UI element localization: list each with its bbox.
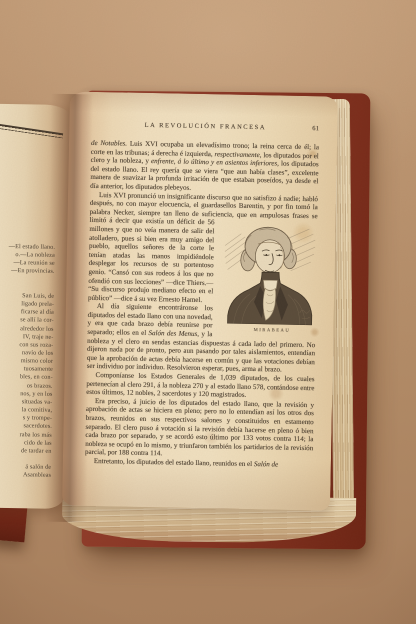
portrait-caption: MIRABEAU	[219, 326, 315, 336]
page-body: de Notables. Luis XVI ocupaba un elevadí…	[85, 139, 319, 470]
right-page: LA REVOLUCIÓN FRANCESA 61 de Notables. L…	[62, 91, 338, 510]
mirabeau-portrait-engraving-icon	[220, 220, 318, 326]
antique-book-photo: —El estado llano.o.—La nobleza—La reunió…	[0, 0, 416, 624]
page-number: 61	[312, 125, 319, 132]
running-header: LA REVOLUCIÓN FRANCESA 61	[91, 121, 319, 132]
paragraph-1: de Notables. Luis XVI ocupaba un elevadí…	[90, 139, 319, 195]
left-page-fragment-line: Asambleas	[0, 471, 51, 480]
left-page-ornament-rule	[0, 123, 63, 140]
salon-de-italic: Salón de	[254, 460, 278, 468]
paragraph-2: Luis XVI pronunció un insignificante dis…	[88, 190, 318, 306]
left-page: —El estado llano.o.—La nobleza—La reunió…	[0, 103, 72, 509]
paragraph-5: Era preciso, á juicio de los diputados d…	[85, 397, 314, 462]
paragraph-1-italic-lead: de Notables.	[91, 139, 127, 148]
portrait-figure: MIRABEAU	[219, 220, 317, 336]
running-header-title: LA REVOLUCIÓN FRANCESA	[145, 122, 267, 131]
left-page-text-fragments: —El estado llano.o.—La nobleza—La reunió…	[0, 243, 58, 480]
salon-des-menus-italic: Salón des Menus,	[149, 329, 200, 338]
